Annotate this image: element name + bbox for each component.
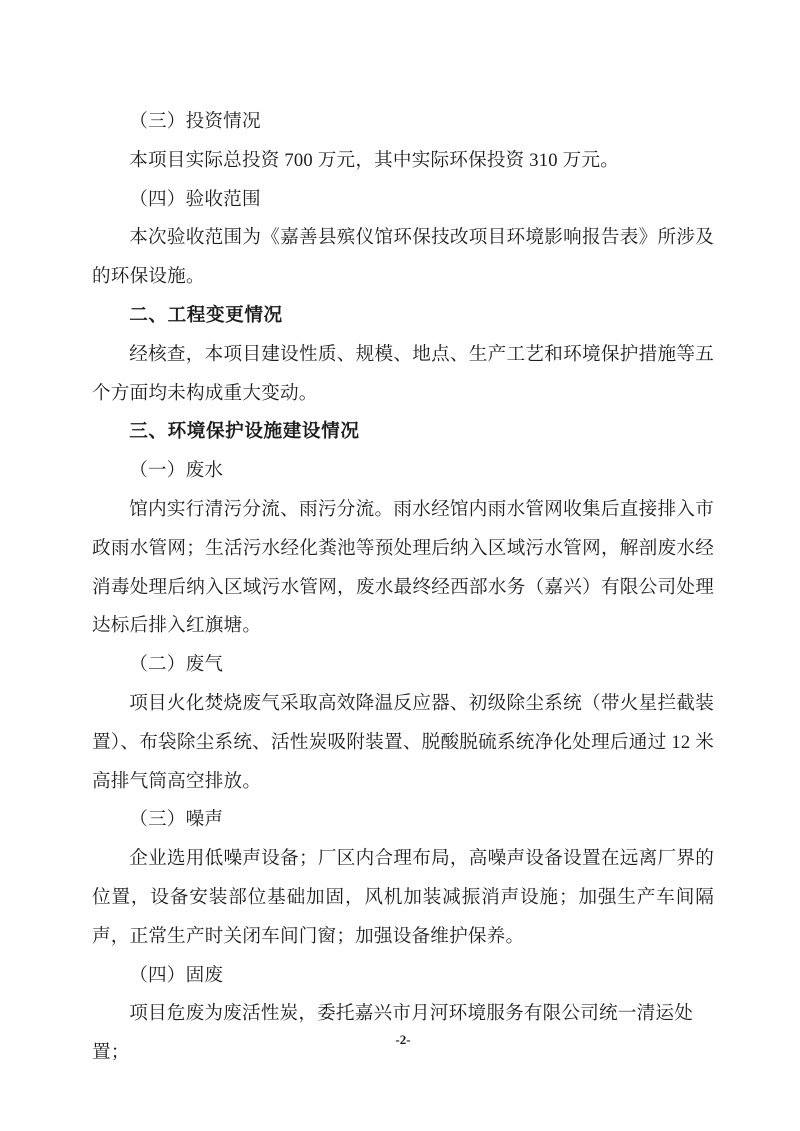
document-body: （三）投资情况 本项目实际总投资 700 万元，其中实际环保投资 310 万元。… <box>92 103 714 1073</box>
paragraph-noise: 企业选用低噪声设备；厂区内合理布局，高噪声设备设置在远离厂界的位置，设备安装部位… <box>92 840 714 956</box>
subheading-noise: （三）噪声 <box>92 801 714 840</box>
paragraph-wastewater: 馆内实行清污分流、雨污分流。雨水经馆内雨水管网收集后直接排入市政雨水管网；生活污… <box>92 491 714 646</box>
subheading-solid-waste: （四）固废 <box>92 957 714 996</box>
subheading-investment: （三）投资情况 <box>92 103 714 142</box>
paragraph-project-changes: 经核查，本项目建设性质、规模、地点、生产工艺和环境保护措施等五个方面均未构成重大… <box>92 336 714 414</box>
paragraph-investment: 本项目实际总投资 700 万元，其中实际环保投资 310 万元。 <box>92 142 714 181</box>
heading-env-facilities: 三、环境保护设施建设情况 <box>92 413 714 452</box>
paragraph-waste-gas: 项目火化焚烧废气采取高效降温反应器、初级除尘系统（带火星拦截装置）、布袋除尘系统… <box>92 685 714 801</box>
document-page: （三）投资情况 本项目实际总投资 700 万元，其中实际环保投资 310 万元。… <box>0 0 800 1131</box>
subheading-acceptance-scope: （四）验收范围 <box>92 181 714 220</box>
subheading-waste-gas: （二）废气 <box>92 646 714 685</box>
subheading-wastewater: （一）废水 <box>92 452 714 491</box>
heading-project-changes: 二、工程变更情况 <box>92 297 714 336</box>
paragraph-acceptance-scope: 本次验收范围为《嘉善县殡仪馆环保技改项目环境影响报告表》所涉及的环保设施。 <box>92 219 714 297</box>
page-number: -2- <box>92 1031 714 1049</box>
